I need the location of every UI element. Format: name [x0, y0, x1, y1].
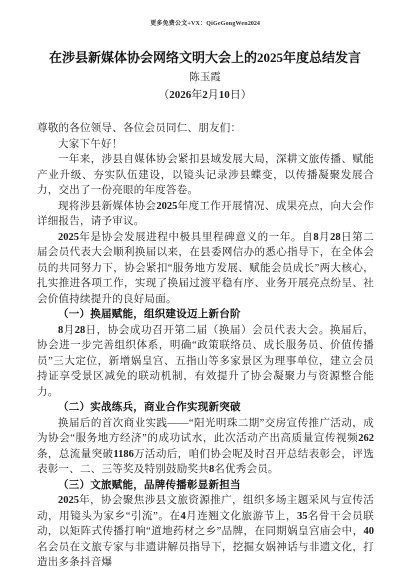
- document-body: 尊敬的各位领导、各位会员同仁、朋友们： 大家下午好！ 一年来，涉县自媒体协会紧扣…: [37, 121, 374, 571]
- paragraph-overview: 一年来，涉县自媒体协会紧扣县域发展大局，深耕文旅传播、赋能产业升级、夯实队伍建设…: [37, 152, 374, 199]
- section-heading-2: （二）实战练兵，商业合作实现新突破: [37, 400, 374, 416]
- paragraph-milestone: 2025年是协会发展进程中极具里程碑意义的一年。自8月28日第二届会员代表大会顺…: [37, 230, 374, 308]
- watermark-text: 更多免费公文+VX：QiGeGongWen2024: [0, 18, 410, 27]
- paragraph-report-intro: 现将涉县新媒体协会2025年度工作开展情况、成果亮点，向大会作详细报告，请予审议…: [37, 199, 374, 230]
- section-heading-3: （三）文旅赋能，品牌传播彰显新担当: [37, 478, 374, 494]
- paragraph-section-2: 换届后的首次商业实践——“阳光明珠二期”交房宣传推广活动，成为协会“服务地方经济…: [37, 416, 374, 478]
- document-date: （2026年2月10日）: [0, 88, 410, 102]
- document-title: 在涉县新媒体协会网络文明大会上的2025年度总结发言: [30, 49, 380, 66]
- document-page: 更多免费公文+VX：QiGeGongWen2024 在涉县新媒体协会网络文明大会…: [0, 0, 410, 580]
- section-heading-1: （一）换届赋能，组织建设迈上新台阶: [37, 307, 374, 323]
- salutation: 尊敬的各位领导、各位会员同仁、朋友们：: [37, 121, 374, 137]
- paragraph-greeting: 大家下午好！: [37, 137, 374, 153]
- paragraph-section-1: 8月28日，协会成功召开第二届（换届）会员代表大会。换届后，协会进一步完善组织体…: [37, 323, 374, 401]
- paragraph-section-3: 2025年，协会聚焦涉县文旅资源推广，组织多场主题采风与宣传活动，用镜头为家乡“…: [37, 493, 374, 571]
- author-name: 陈玉霞: [0, 71, 410, 85]
